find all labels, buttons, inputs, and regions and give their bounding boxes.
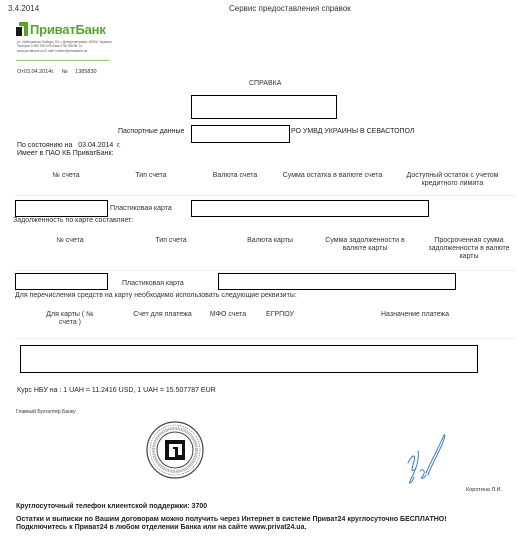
redacted-client-name <box>191 95 337 119</box>
bank-stamp-icon <box>145 420 205 480</box>
privat24-notice: Остатки и выписки по Вашим договорам мож… <box>16 516 447 523</box>
account-type: Пластиковая карта <box>122 280 184 287</box>
col-balance: Сумма остатка в валюте счета <box>275 172 390 180</box>
privatbank-logo-icon <box>16 22 28 36</box>
service-title: Сервис предоставления справок <box>229 4 351 13</box>
col-currency: Валюта счета <box>200 172 270 180</box>
reference-number: 1385830 <box>75 69 96 75</box>
redacted-debt-details <box>218 273 456 290</box>
signer-name: Коротина Л.И. <box>466 487 502 493</box>
col-for-card: Для карты ( № счета ) <box>40 311 100 327</box>
col-available: Доступный остаток с учетом кредитного ли… <box>400 172 505 188</box>
support-phone: Круглосуточный телефон клиентской поддер… <box>16 503 207 510</box>
col-account-type: Тип счета <box>121 172 181 180</box>
col-account-number: № счета <box>40 237 100 245</box>
redacted-passport <box>191 125 290 143</box>
bank-logo: ПриватБанк <box>16 20 106 38</box>
table-divider <box>15 270 515 271</box>
requisites-label: Для перечисления средств на карту необхо… <box>15 292 297 299</box>
passport-label: Паспортные данные <box>118 128 184 135</box>
col-egrpou: ЕГРПОУ <box>260 311 300 319</box>
debt-label: Задолженность по карте составляет: <box>13 217 133 224</box>
col-account-number: № счета <box>36 172 96 180</box>
redacted-account-details <box>191 200 429 217</box>
reference-date: От03.04.2014г. <box>17 69 54 75</box>
state-as-of: По состоянию на 03.04.2014 г. <box>17 142 121 149</box>
col-payment-purpose: Назначение платежа <box>365 311 465 319</box>
col-debt-amount: Сумма задолженности в валюте карты <box>320 237 410 253</box>
redacted-account-number <box>15 273 108 290</box>
privat24-connect: Подключитесь к Приват24 в любом отделени… <box>16 524 306 531</box>
passport-issued-by: РО УМВД УКРАИНЫ В СЕВАСТОПОЛ <box>291 128 415 135</box>
signature-icon <box>400 433 450 488</box>
col-payment-account: Счет для платежа <box>125 311 200 319</box>
col-account-type: Тип счета <box>141 237 201 245</box>
state-date: 03.04.2014 <box>78 142 113 149</box>
reference-line: От03.04.2014г. № 1385830 <box>17 69 103 75</box>
redacted-account-number <box>15 200 108 217</box>
exchange-rate: Курс НБУ на : 1 UAH = 11.2416 USD, 1 UAH… <box>17 387 216 394</box>
account-type: Пластиковая карта <box>110 205 172 212</box>
table-divider <box>15 338 515 339</box>
reference-number-label: № <box>62 69 68 75</box>
table-divider <box>15 195 515 196</box>
print-date: 3.4.2014 <box>8 4 39 13</box>
chief-accountant-label: Главный Бухгалтер Банку <box>16 409 76 415</box>
bank-name: ПриватБанк <box>30 22 106 37</box>
col-mfo: МФО счета <box>203 311 253 319</box>
redacted-requisites-row <box>20 345 478 373</box>
address-line: www.privatbank.ua E-mail: hotline@privat… <box>17 49 111 53</box>
bank-address: ул. Набережная Победы, 50, г. Днепропетр… <box>17 40 111 53</box>
address-divider <box>16 60 109 61</box>
col-card-currency: Валюта карты <box>235 237 305 245</box>
has-in-bank: Имеет в ПАО КБ ПриватБанк: <box>17 150 114 157</box>
document-title: СПРАВКА <box>249 80 281 87</box>
col-overdue-amount: Просроченная сумма задолженности в валют… <box>425 237 513 261</box>
